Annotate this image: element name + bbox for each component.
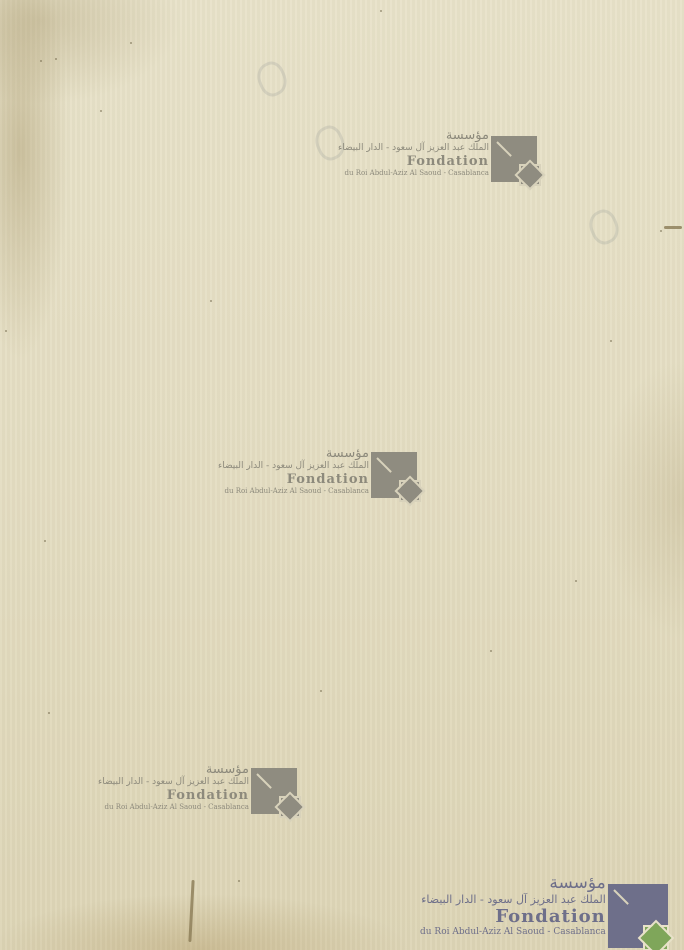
foundation-logo-icon bbox=[371, 452, 417, 498]
paper-speck bbox=[320, 690, 322, 692]
foundation-watermark: مؤسسة الملك عبد العزيز آل سعود - الدار ا… bbox=[218, 446, 417, 498]
watermark-subtitle: du Roi Abdul-Aziz Al Saoud - Casablanca bbox=[420, 927, 606, 938]
scanned-page: مؤسسة الملك عبد العزيز آل سعود - الدار ا… bbox=[0, 0, 684, 950]
watermark-title: Fondation bbox=[338, 154, 489, 169]
paper-speck bbox=[40, 60, 42, 62]
paper-speck bbox=[44, 540, 46, 542]
watermark-arabic-title: مؤسسة bbox=[420, 874, 606, 893]
watermark-text: مؤسسة الملك عبد العزيز آل سعود - الدار ا… bbox=[218, 446, 369, 496]
watermark-arabic-subtitle: الملك عبد العزيز آل سعود - الدار البيضاء bbox=[420, 893, 606, 907]
faded-stamp-mark bbox=[584, 206, 624, 249]
foundation-logo-icon bbox=[251, 768, 297, 814]
watermark-text: مؤسسة الملك عبد العزيز آل سعود - الدار ا… bbox=[98, 762, 249, 812]
watermark-text: مؤسسة الملك عبد العزيز آل سعود - الدار ا… bbox=[420, 874, 606, 938]
star-emblem-icon bbox=[517, 162, 543, 188]
watermark-title: Fondation bbox=[218, 472, 369, 487]
faded-stamp-mark bbox=[252, 58, 292, 101]
watermark-arabic-title: مؤسسة bbox=[98, 762, 249, 777]
watermark-arabic-title: مؤسسة bbox=[218, 446, 369, 461]
foundation-watermark: مؤسسة الملك عبد العزيز آل سعود - الدار ا… bbox=[338, 128, 537, 182]
watermark-arabic-title: مؤسسة bbox=[338, 128, 489, 143]
star-emblem-icon bbox=[397, 478, 423, 504]
paper-edge-tear bbox=[664, 226, 682, 229]
foundation-logo-icon bbox=[491, 136, 537, 182]
watermark-subtitle: du Roi Abdul-Aziz Al Saoud - Casablanca bbox=[218, 487, 369, 496]
star-emblem-icon bbox=[640, 922, 672, 950]
paper-speck bbox=[100, 110, 102, 112]
watermark-text: مؤسسة الملك عبد العزيز آل سعود - الدار ا… bbox=[338, 128, 489, 178]
paper-speck bbox=[660, 230, 662, 232]
paper-speck bbox=[5, 330, 7, 332]
watermark-subtitle: du Roi Abdul-Aziz Al Saoud - Casablanca bbox=[338, 169, 489, 178]
paper-speck bbox=[490, 650, 492, 652]
paper-speck bbox=[210, 300, 212, 302]
paper-speck bbox=[55, 58, 57, 60]
paper-speck bbox=[238, 880, 240, 882]
foundation-watermark-corner: مؤسسة الملك عبد العزيز آل سعود - الدار ا… bbox=[420, 874, 668, 948]
watermark-title: Fondation bbox=[98, 788, 249, 803]
watermark-arabic-subtitle: الملك عبد العزيز آل سعود - الدار البيضاء bbox=[338, 143, 489, 154]
paper-speck bbox=[575, 580, 577, 582]
watermark-subtitle: du Roi Abdul-Aziz Al Saoud - Casablanca bbox=[98, 803, 249, 812]
paper-crease bbox=[188, 880, 194, 942]
star-emblem-icon bbox=[277, 794, 303, 820]
watermark-arabic-subtitle: الملك عبد العزيز آل سعود - الدار البيضاء bbox=[98, 777, 249, 788]
paper-speck bbox=[130, 42, 132, 44]
watermark-title: Fondation bbox=[420, 907, 606, 927]
foundation-watermark: مؤسسة الملك عبد العزيز آل سعود - الدار ا… bbox=[98, 762, 297, 814]
watermark-arabic-subtitle: الملك عبد العزيز آل سعود - الدار البيضاء bbox=[218, 461, 369, 472]
paper-speck bbox=[48, 712, 50, 714]
foundation-logo-icon bbox=[608, 884, 668, 948]
paper-speck bbox=[610, 340, 612, 342]
paper-speck bbox=[380, 10, 382, 12]
